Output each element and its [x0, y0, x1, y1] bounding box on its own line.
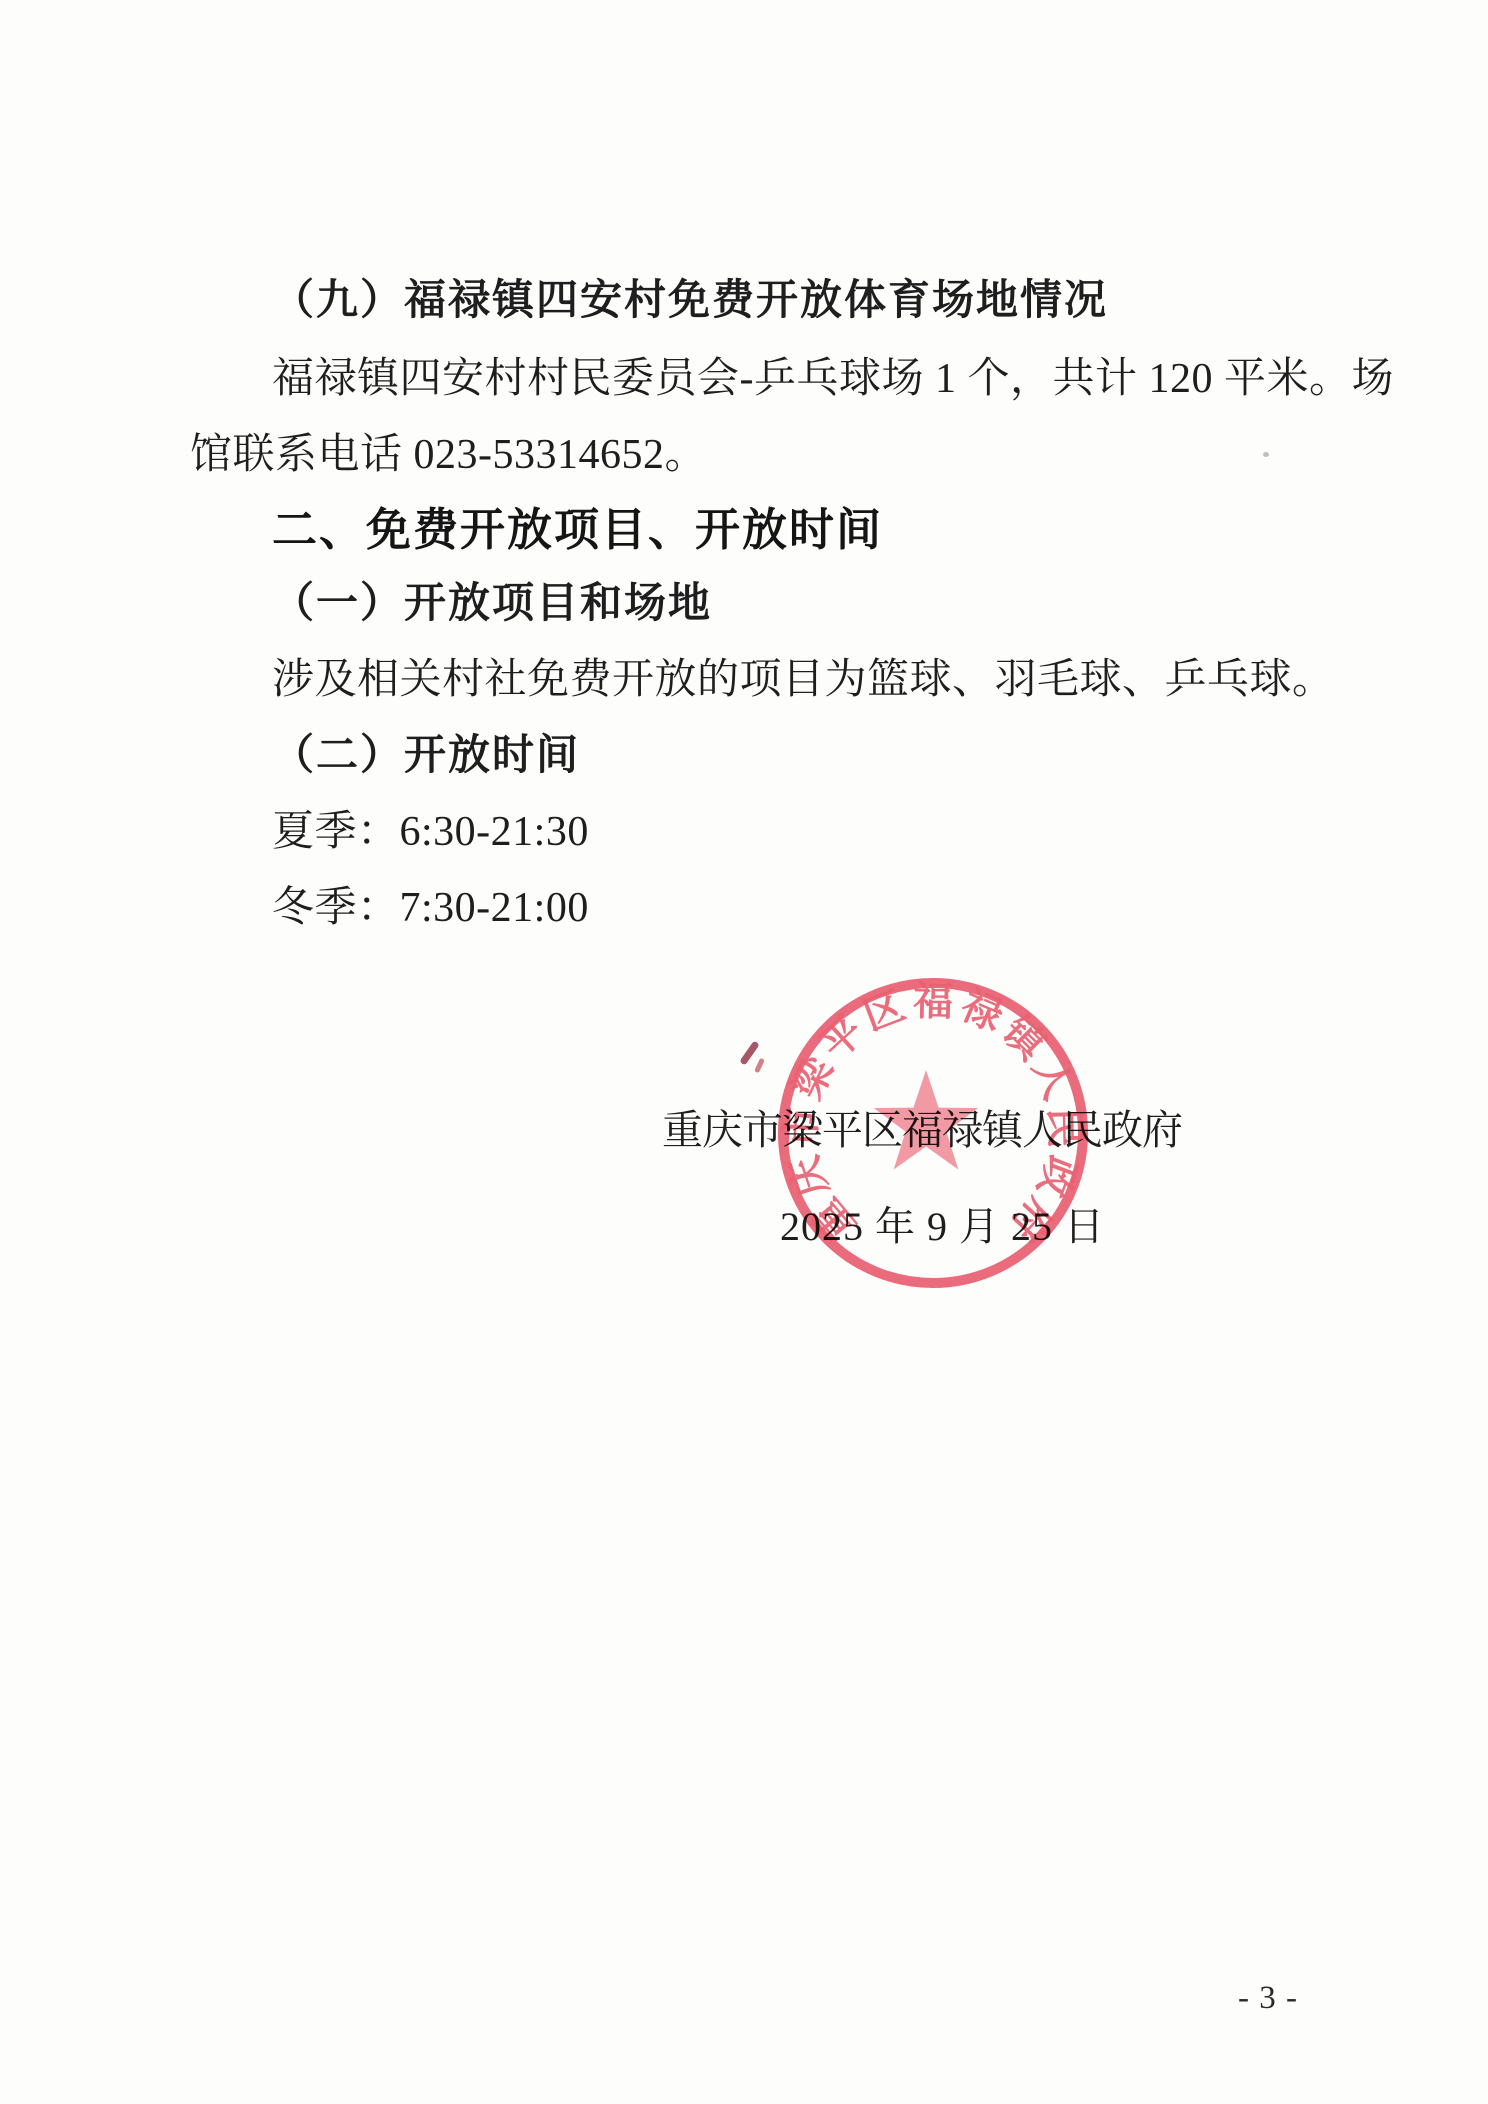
- scan-speck: [1263, 452, 1269, 457]
- ink-smudge: [754, 1058, 765, 1074]
- document-page: （九）福禄镇四安村免费开放体育场地情况 福禄镇四安村村民委员会-乒乓球场 1 个…: [0, 0, 1488, 2104]
- section-2-heading: 二、免费开放项目、开放时间: [272, 505, 883, 555]
- subsection-2-heading: （二）开放时间: [272, 733, 580, 779]
- issue-date: 2025 年 9 月 25 日: [780, 1205, 1105, 1249]
- section-9-heading: （九）福禄镇四安村免费开放体育场地情况: [272, 278, 1108, 324]
- summer-hours-line: 夏季：6:30-21:30: [272, 809, 589, 855]
- page-number: - 3 -: [1238, 1980, 1298, 2016]
- subsection-1-heading: （一）开放项目和场地: [272, 581, 712, 627]
- issuing-authority-signature: 重庆市梁平区福禄镇人民政府: [662, 1108, 1182, 1153]
- paragraph-line-1: 福禄镇四安村村民委员会-乒乓球场 1 个，共计 120 平米。场: [272, 356, 1394, 402]
- winter-hours-line: 冬季：7:30-21:00: [272, 885, 589, 931]
- ink-smudge: [739, 1040, 760, 1065]
- subsection-1-body: 涉及相关村社免费开放的项目为篮球、羽毛球、乒乓球。: [272, 657, 1335, 703]
- paragraph-line-2: 馆联系电话 023-53314652。: [190, 432, 707, 478]
